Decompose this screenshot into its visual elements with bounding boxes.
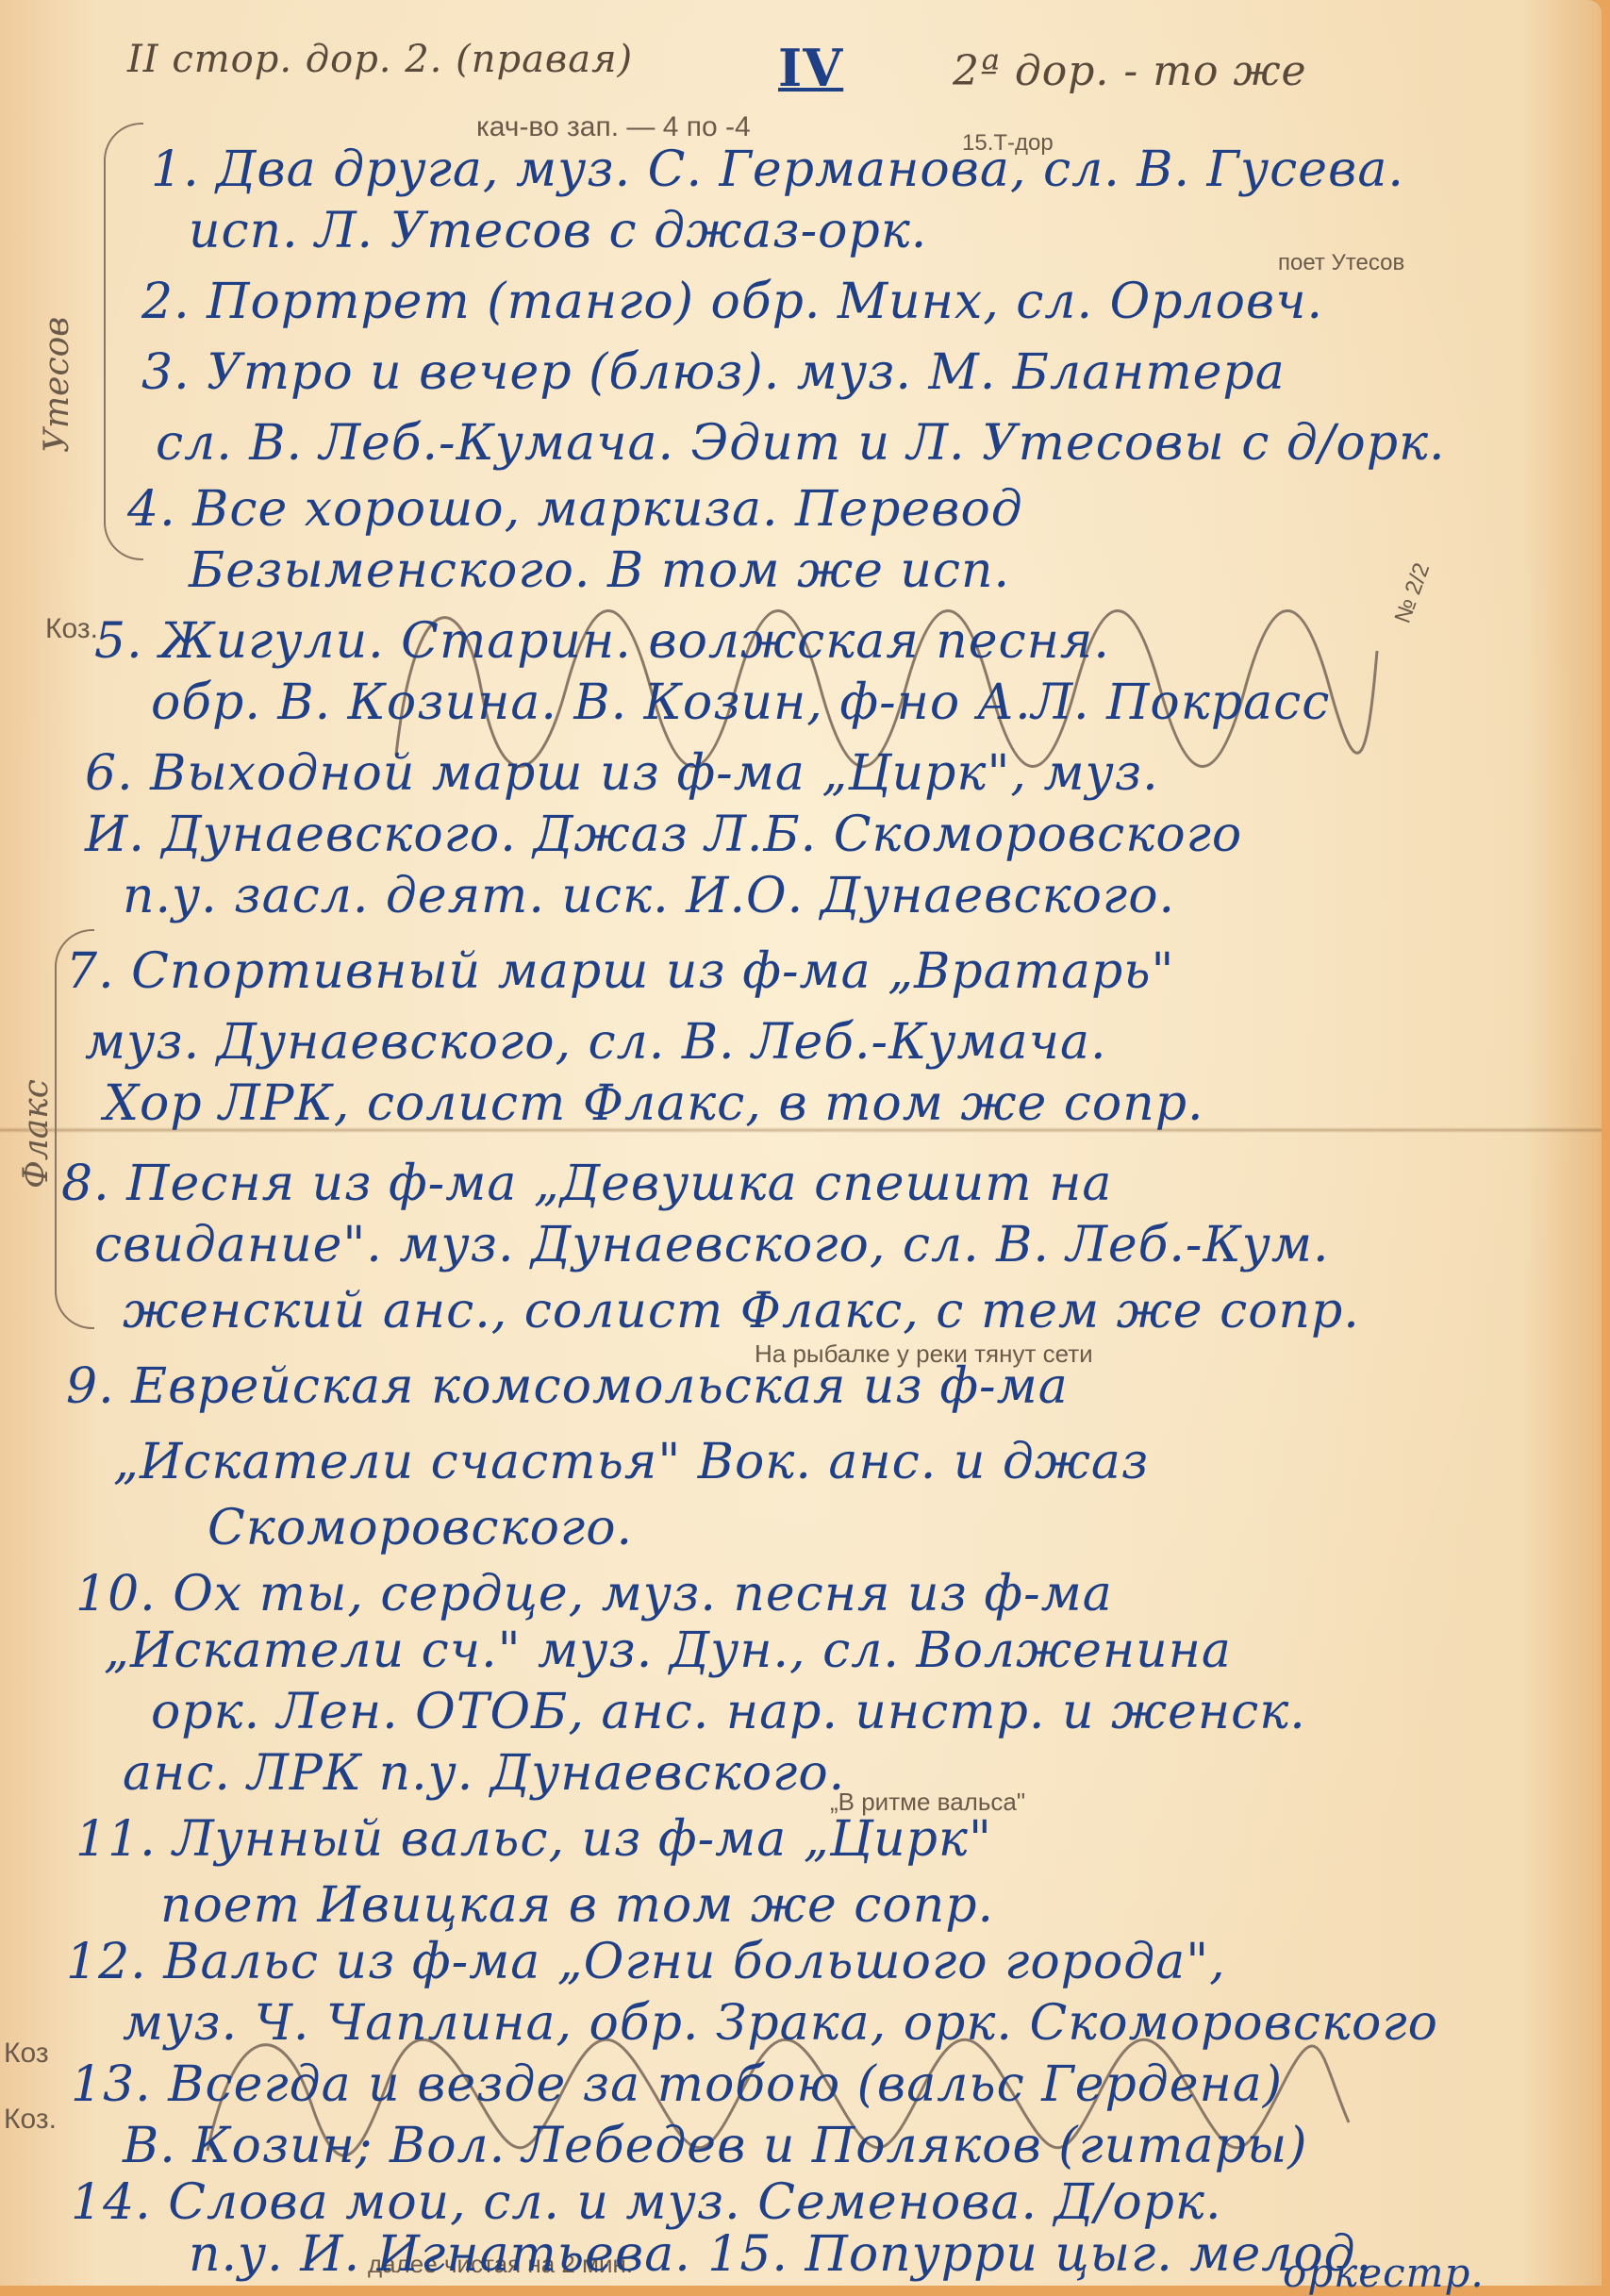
line-3: 2. Портрет (танго) обр. Минх, сл. Орловч… bbox=[141, 274, 1323, 330]
line-13: 7. Спортивный марш из ф-ма „Вратарь" bbox=[66, 943, 1174, 1000]
line-16: 8. Песня из ф-ма „Девушка спешит на bbox=[61, 1156, 1112, 1212]
line-29: муз. Ч. Чаплина, обр. Зрака, орк. Скомор… bbox=[123, 1995, 1438, 2052]
track-note: 2ª дор. - то же bbox=[953, 47, 1307, 95]
line-24: орк. Лен. ОТОБ, анс. нар. инстр. и женск… bbox=[151, 1684, 1306, 1740]
line-33: п.у. И. Игнатьева. 15. Попурри цыг. мело… bbox=[189, 2226, 1372, 2283]
document-page: II стор. дор. 2. (правая) IV 2ª дор. - т… bbox=[0, 0, 1602, 2286]
line-30: 13. Всегда и везде за тобою (вальс Герде… bbox=[71, 2056, 1283, 2113]
margin-note-koz-5: Коз. bbox=[45, 613, 98, 645]
line-17: свидание". муз. Дунаевского, сл. В. Леб.… bbox=[94, 1217, 1330, 1273]
line-27: поет Ивицкая в том же сопр. bbox=[160, 1877, 994, 1934]
line-5: сл. В. Леб.-Кумача. Эдит и Л. Утесовы с … bbox=[156, 415, 1446, 472]
line-21: Скоморовского. bbox=[207, 1500, 633, 1556]
line-34: оркестр. bbox=[1283, 2250, 1485, 2286]
line-25: анс. ЛРК п.у. Дунаевского. bbox=[123, 1745, 845, 1802]
margin-note-flaks: Флакс bbox=[17, 1079, 56, 1189]
line-11: И. Дунаевского. Джаз Л.Б. Скоморовского bbox=[85, 807, 1242, 863]
line-19: 9. Еврейская комсомольская из ф-ма bbox=[66, 1358, 1069, 1415]
line-7: Безыменского. В том же исп. bbox=[189, 542, 1010, 599]
side-label: II стор. дор. 2. (правая) bbox=[127, 38, 633, 81]
line-32: 14. Слова мои, сл. и муз. Семенова. Д/ор… bbox=[71, 2174, 1222, 2231]
annotation-track2: поет Утесов bbox=[1278, 250, 1404, 276]
margin-note-utesov: Утесов bbox=[38, 317, 76, 453]
line-6: 4. Все хорошо, маркиза. Перевод bbox=[127, 481, 1023, 538]
line-15: Хор ЛРК, солист Флакс, в том же сопр. bbox=[104, 1075, 1204, 1132]
line-28: 12. Вальс из ф-ма „Огни большого города"… bbox=[66, 1934, 1226, 1990]
line-26: 11. Лунный вальс, из ф-ма „Цирк" bbox=[75, 1811, 992, 1868]
line-9: обр. В. Козина. В. Козин, ф-но А.Л. Покр… bbox=[151, 674, 1330, 731]
line-14: муз. Дунаевского, сл. В. Леб.-Кумача. bbox=[85, 1014, 1107, 1071]
line-1: 1. Два друга, муз. С. Германова, сл. В. … bbox=[151, 141, 1404, 198]
line-20: „Искатели счастья" Вок. анс. и джаз bbox=[113, 1434, 1149, 1490]
line-2: исп. Л. Утесов с джаз-орк. bbox=[189, 203, 927, 259]
side-number: IV bbox=[778, 38, 843, 98]
line-8: 5. Жигули. Старин. волжская песня. bbox=[94, 613, 1110, 670]
margin-note-koz-13b: Коз. bbox=[4, 2104, 57, 2136]
line-12: п.у. засл. деят. иск. И.О. Дунаевского. bbox=[123, 868, 1175, 924]
line-31: В. Козин; Вол. Лебедев и Поляков (гитары… bbox=[123, 2118, 1308, 2174]
quality-note: кач-во зап. — 4 по -4 bbox=[476, 111, 751, 143]
line-4: 3. Утро и вечер (блюз). муз. М. Блантера bbox=[141, 344, 1286, 401]
line-10: 6. Выходной марш из ф-ма „Цирк", муз. bbox=[85, 745, 1159, 802]
margin-note-koz-13: Коз bbox=[4, 2038, 49, 2070]
line-23: „Искатели сч." муз. Дун., сл. Волженина bbox=[104, 1622, 1232, 1679]
line-18: женский анс., солист Флакс, с тем же соп… bbox=[123, 1283, 1360, 1339]
line-22: 10. Ох ты, сердце, муз. песня из ф-ма bbox=[75, 1566, 1113, 1622]
